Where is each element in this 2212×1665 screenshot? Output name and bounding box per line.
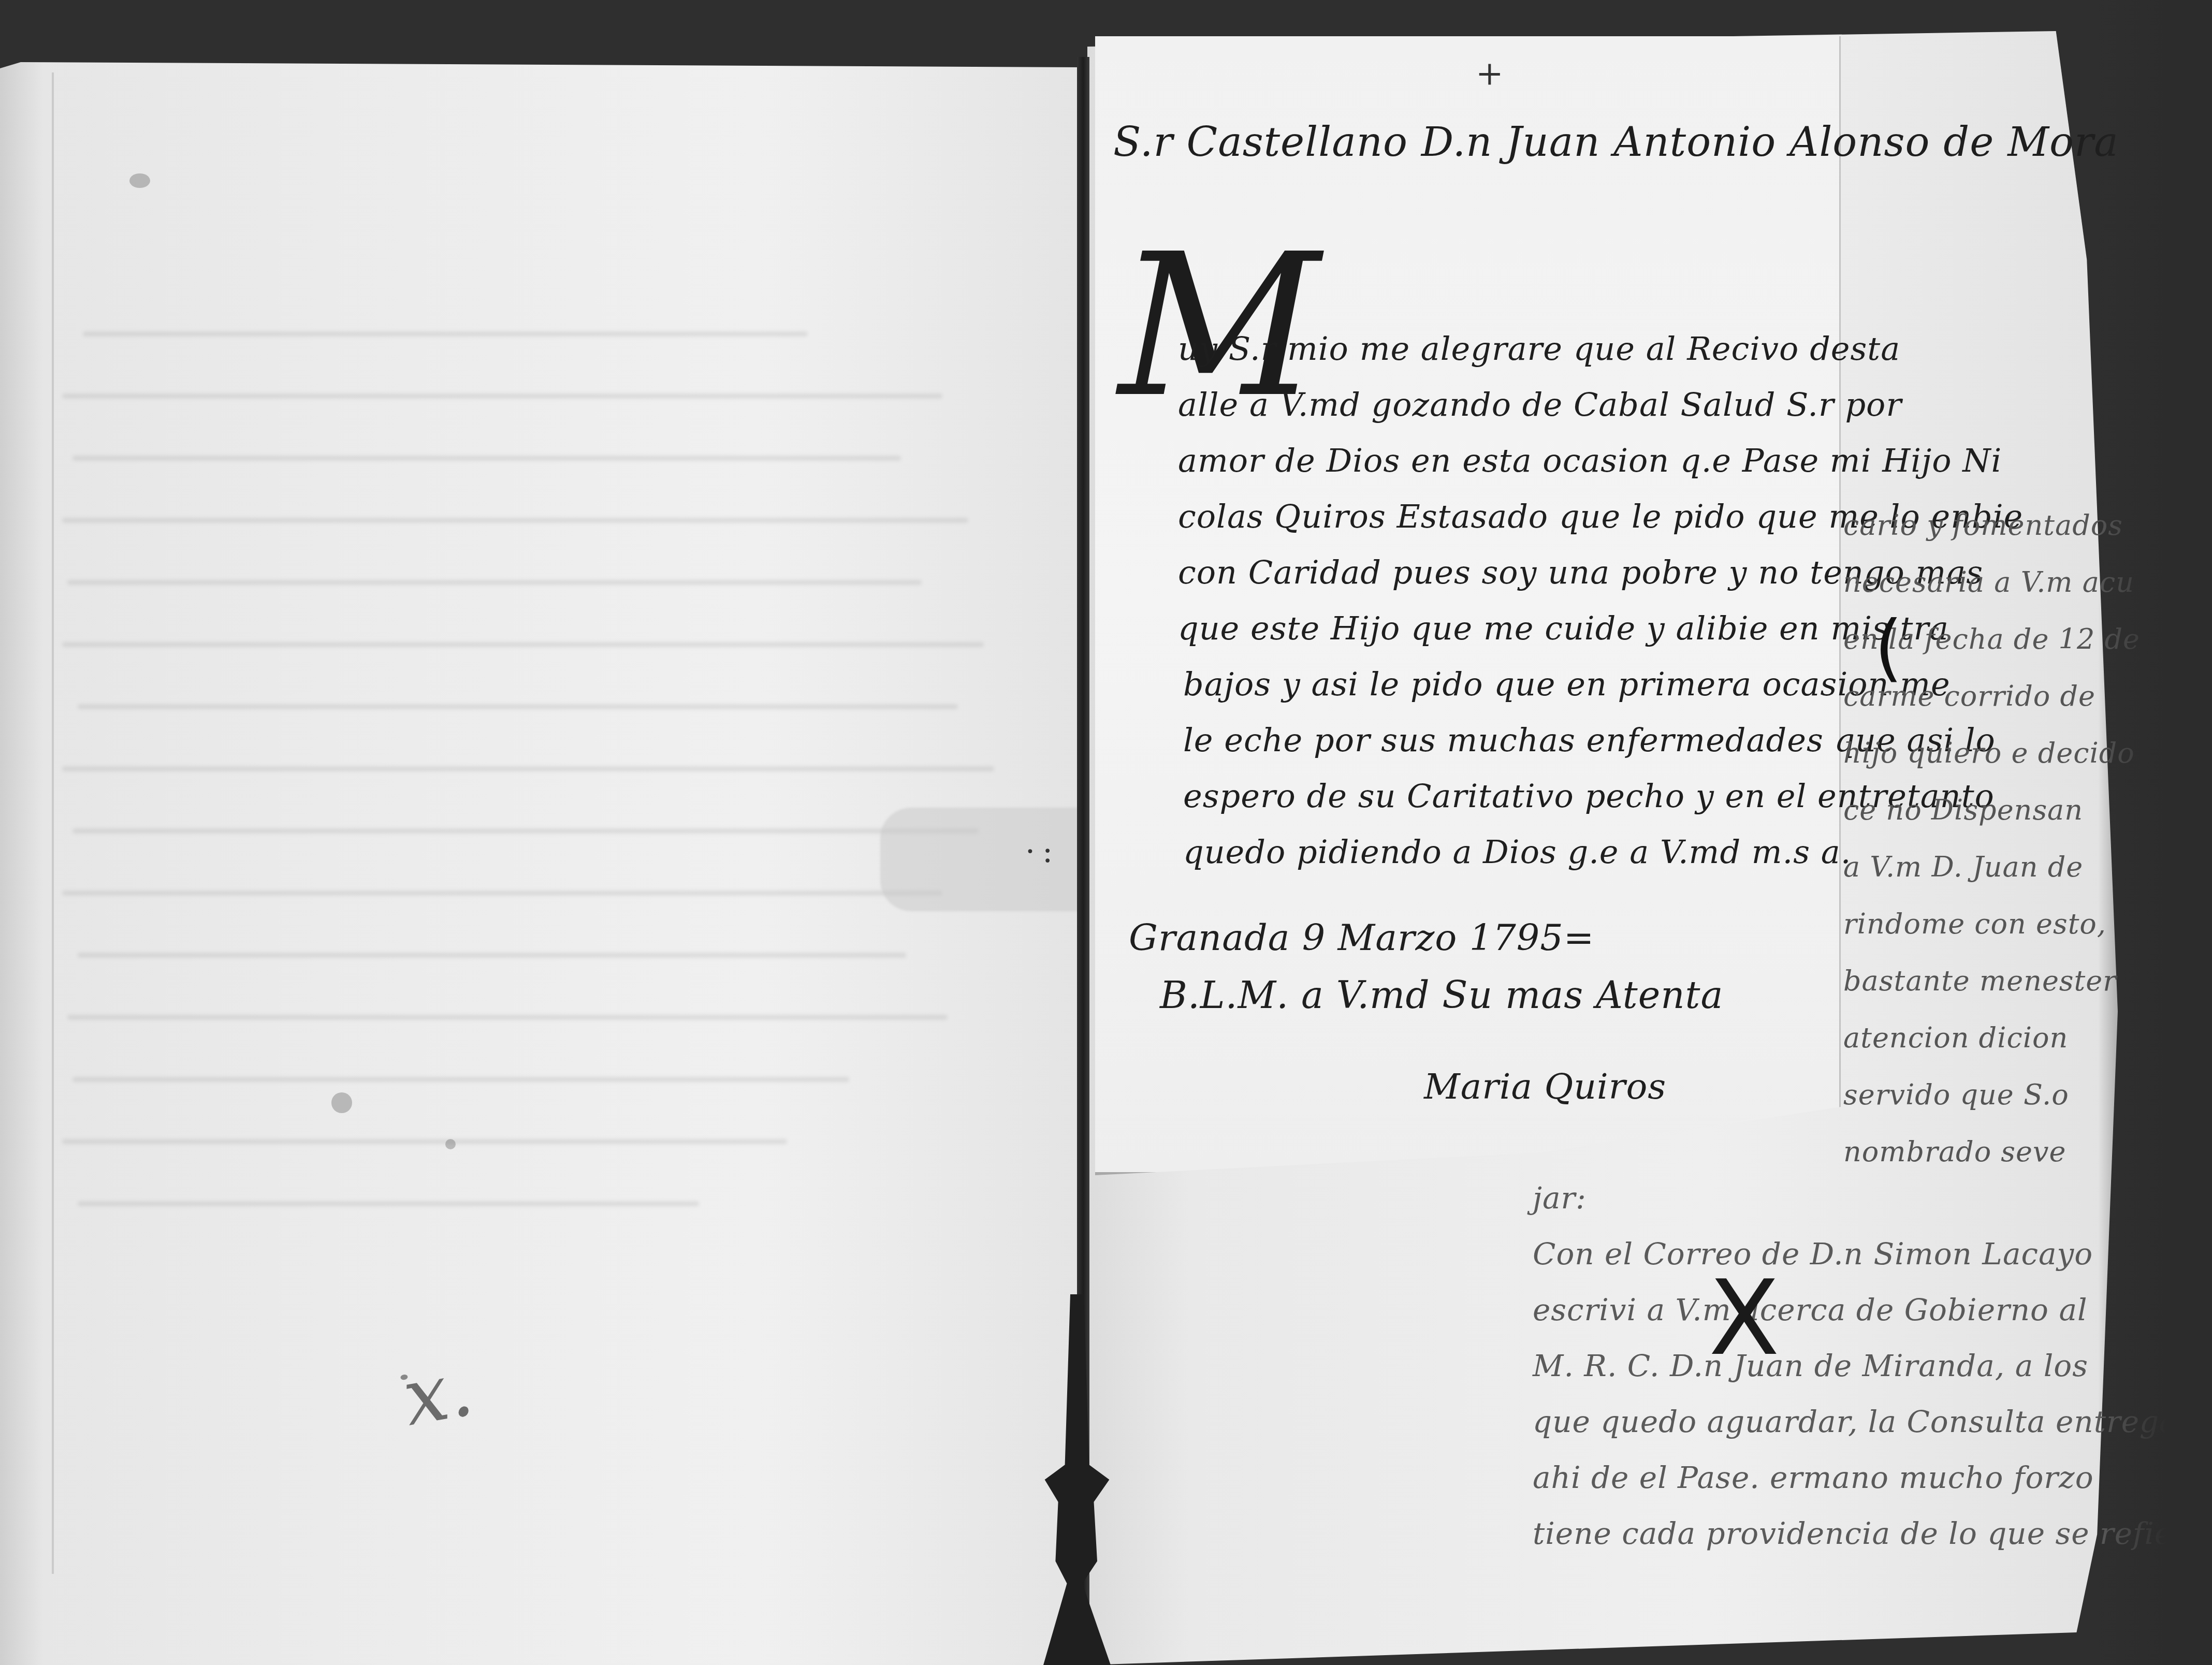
body-line: amor de Dios en esta ocasion q.e Pase mi… bbox=[1178, 433, 2023, 489]
margin-note-line: atencion dicion bbox=[1843, 1010, 2140, 1067]
ink-spot bbox=[331, 1092, 352, 1113]
bleed-through-line bbox=[62, 890, 942, 896]
margin-note: cario y fomentados necesaria a V.m acu e… bbox=[1843, 497, 2140, 1180]
ink-blot-mark: ( bbox=[1874, 606, 1911, 673]
bleed-through-line bbox=[62, 1139, 787, 1144]
bleed-through-line bbox=[62, 642, 984, 647]
ink-spot bbox=[445, 1139, 456, 1149]
stitch-dots: ·: bbox=[1025, 834, 1060, 870]
bleed-through-line bbox=[72, 456, 901, 461]
letter-closing: B.L.M. a V.md Su mas Atenta bbox=[1160, 973, 1723, 1017]
margin-note-line: ce no Dispensan bbox=[1843, 782, 2140, 839]
margin-note-line: bastante menester bbox=[1843, 953, 2140, 1010]
margin-note-line: a V.m D. Juan de bbox=[1843, 839, 2140, 896]
margin-note-line: necesaria a V.m acu bbox=[1843, 554, 2140, 611]
bleed-through-line bbox=[78, 1201, 699, 1206]
letter-date: Granada 9 Marzo 1795= bbox=[1129, 916, 1594, 959]
cross-mark: X bbox=[1709, 1258, 1780, 1379]
bleed-through-line bbox=[72, 828, 979, 834]
margin-rule bbox=[52, 72, 54, 1574]
letter-body: uy S.r mio me alegrare que al Recivo des… bbox=[1121, 321, 1966, 880]
left-page-mark: x. bbox=[397, 1339, 505, 1447]
bleed-through-line bbox=[67, 1015, 948, 1020]
bleed-through-line bbox=[67, 580, 922, 585]
letter-heading: S.r Castellano D.n Juan Antonio Alonso d… bbox=[1113, 119, 2119, 166]
margin-note-line: hijo quiero e decido bbox=[1843, 725, 2140, 782]
body-line: alle a V.md gozando de Cabal Salud S.r p… bbox=[1178, 377, 2023, 433]
ink-spot bbox=[129, 173, 150, 188]
margin-note-line: servido que S.o bbox=[1843, 1067, 2140, 1123]
bleed-through-line bbox=[83, 331, 808, 337]
plus-mark: + bbox=[1476, 54, 1504, 93]
bleed-through-line bbox=[78, 704, 958, 709]
letter-signature: Maria Quiros bbox=[1424, 1067, 1666, 1107]
scan-edge-shadow bbox=[2098, 0, 2212, 1665]
bleed-through-line bbox=[72, 1077, 849, 1082]
body-line: uy S.r mio me alegrare que al Recivo des… bbox=[1178, 321, 2023, 377]
bleed-through-line bbox=[78, 953, 906, 958]
bleed-through-line bbox=[62, 393, 942, 399]
margin-note-line: cario y fomentados bbox=[1843, 497, 2140, 554]
bleed-through-line bbox=[62, 766, 994, 771]
margin-note-line: rindome con esto, bbox=[1843, 896, 2140, 953]
bleed-through-line bbox=[62, 518, 968, 523]
